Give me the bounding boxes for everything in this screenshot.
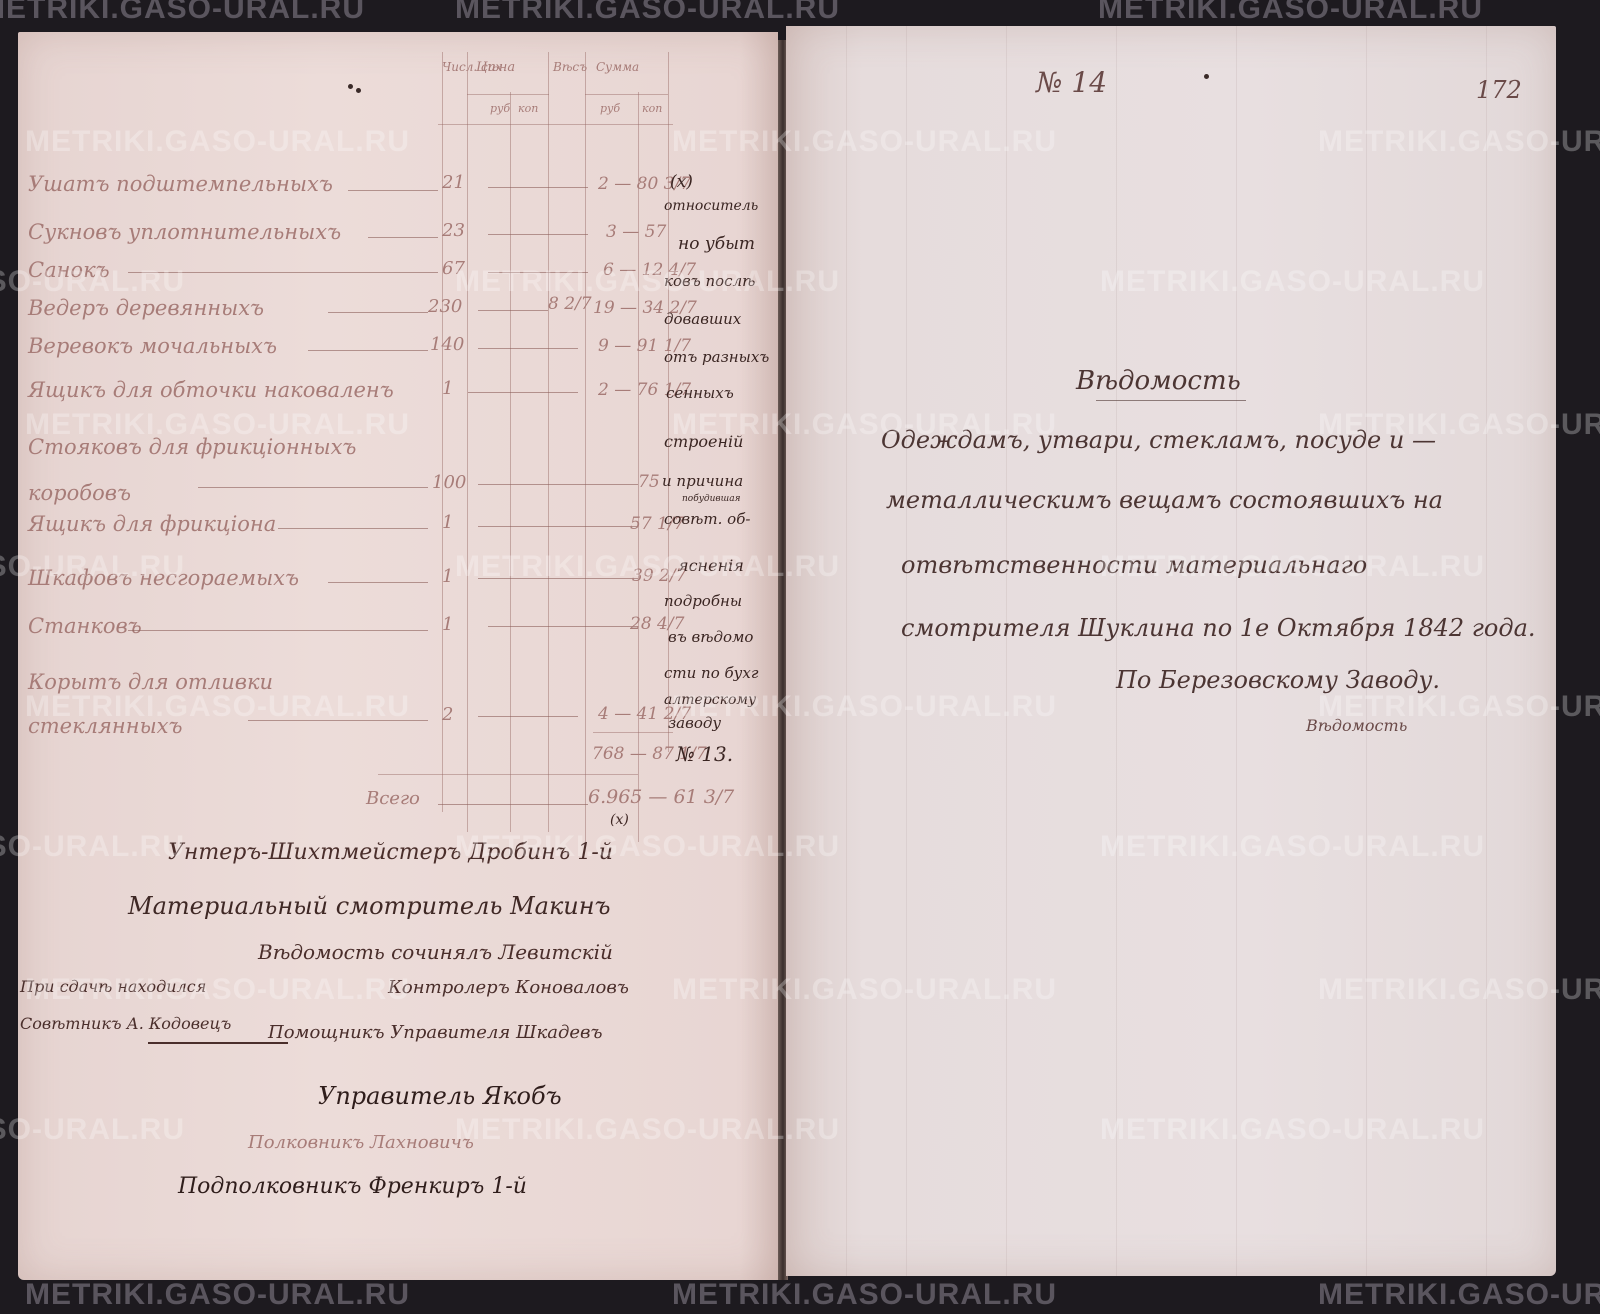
side-note-line: ясненія [678,556,744,575]
row-label: Ведеръ деревянныхъ [28,296,264,320]
row-qty: 23 [442,220,465,241]
side-note-line: относитель [664,198,758,214]
side-note-line: довавших [664,310,741,328]
signature-line: Помощникъ Управителя Шкадевъ [268,1022,603,1043]
row-sum: 3 — 57 [606,222,666,242]
document-number: № 14 [1036,66,1107,99]
header-sum-rub: руб [600,102,620,115]
side-note-line: сенныхъ [666,384,734,402]
signature-line: Совѣтникъ А. Кодовецъ [20,1014,231,1033]
row-qty: 21 [442,172,465,193]
side-note-line: и причина [662,472,743,490]
signature-line: Вѣдомость сочинялъ Левитскій [258,940,613,964]
side-note-line: алтерскому [664,692,756,708]
side-note-line: строеній [664,432,743,451]
body-line: Одеждамъ, утвари, стекламъ, посуде и — [881,426,1436,454]
row-qty: 2 [442,704,453,725]
row-qty: 1 [442,378,453,399]
side-note-line: сти по бухг [664,664,758,682]
side-note-line: совѣт. об- [664,510,750,528]
row-label: Корытъ для отливки стеклянныхъ [28,660,428,748]
folio-number: 172 [1476,76,1522,104]
signature-line: Контролеръ Коноваловъ [388,977,629,998]
signature-line: Подполковникъ Френкиръ 1-й [178,1174,527,1199]
header-sum: Сумма [596,60,639,74]
body-line: смотрителя Шуклина по 1е Октября 1842 го… [901,614,1536,642]
row-label: Ящикъ для обточки наковаленъ [28,378,394,402]
watermark: METRIKI.GASO-URAL.RU [1098,0,1483,26]
row-label: Санокъ [28,258,110,282]
row-label: Веревокъ мочальныхъ [28,334,277,358]
side-note-line: побудившая [682,494,741,504]
row-qty: 230 [428,296,462,317]
body-line: По Березовскому Заводу. [1116,666,1440,694]
signature-line: Унтеръ-Шихтмейстеръ Дробинъ 1-й [168,840,613,865]
header-sum-kop: коп [642,102,662,115]
watermark: METRIKI.GASO-URAL.RU [1318,1278,1600,1312]
row-label: Ушатъ подштемпельныхъ [28,172,333,196]
side-note-line: заводу [668,714,721,732]
right-signature: Вѣдомость [1306,716,1407,735]
watermark: METRIKI.GASO-URAL.RU [0,0,365,26]
signature-line: При сдачѣ находился [20,977,206,996]
watermark: METRIKI.GASO-URAL.RU [455,0,840,26]
document-title: Вѣдомость [1076,366,1241,396]
right-page: № 14 172 Вѣдомость Одеждамъ, утвари, сте… [786,26,1556,1276]
body-line: отвѣтственности материальнаго [901,551,1367,579]
signature-line: Полковникъ Лахновичъ [248,1132,474,1153]
total-value: 6.965 — 61 3/7 [588,786,734,808]
watermark: METRIKI.GASO-URAL.RU [672,1278,1057,1312]
row-price: 8 2/7 [548,294,592,314]
side-note-line: но убыт [678,234,755,254]
side-note-line: ковъ послѣ [664,272,755,290]
total-mark: (х) [610,812,629,828]
side-note-line: отъ разныхъ [664,348,769,366]
row-qty: 1 [442,512,453,533]
row-qty: 140 [430,334,464,355]
row-qty: 100 [432,472,466,493]
header-price: Цѣна [476,60,515,75]
side-note-line: подробны [664,592,742,610]
row-label: Станковъ [28,614,142,638]
total-label: Всего [366,788,420,809]
row-sum: 75 [638,472,660,492]
header-price-rub: руб [490,102,510,115]
side-note-line: въ вѣдомо [668,628,753,646]
row-label: Сукновъ уплотнительныхъ [28,220,341,244]
row-label: Шкафовъ несгораемыхъ [28,566,299,590]
row-label: Стояковъ для фрикціонныхъ коробовъ [28,424,448,516]
left-page: Числ. сих Цѣна руб коп Вѣсъ Сумма руб ко… [18,32,778,1280]
watermark: METRIKI.GASO-URAL.RU [25,1278,410,1312]
row-qty: 1 [442,614,453,635]
side-note-line: (х) [670,172,693,192]
signature-line: Управитель Якобъ [318,1082,562,1110]
body-line: металлическимъ вещамъ состоявшихъ на [886,486,1443,514]
header-weight: Вѣсъ [553,60,587,74]
side-note-line: № 13. [676,742,733,766]
row-label: Ящикъ для фрикціона [28,512,276,536]
signature-line: Материальный смотритель Макинъ [128,892,611,920]
row-qty: 67 [442,258,465,279]
row-qty: 1 [442,566,453,587]
header-price-kop: коп [518,102,538,115]
